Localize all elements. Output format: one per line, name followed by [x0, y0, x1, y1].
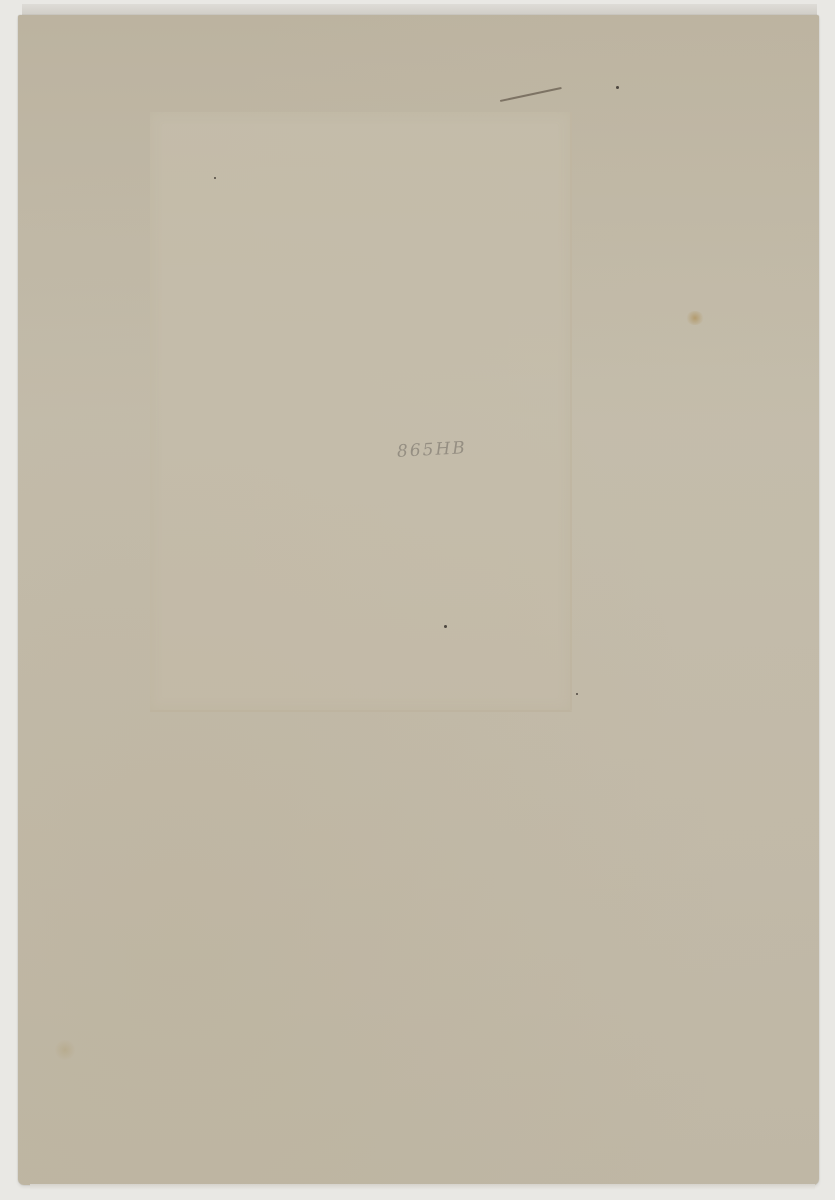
photo-stage: 865HB	[0, 0, 835, 1200]
pencil-inscription: 865HB	[397, 438, 468, 462]
speck	[576, 693, 578, 695]
sheet-bottom-shadow	[30, 1184, 815, 1190]
mount-discoloration	[150, 112, 572, 712]
foxing-stain	[686, 311, 704, 325]
speck	[214, 177, 216, 179]
faint-stain	[55, 1040, 75, 1060]
speck	[616, 86, 619, 89]
speck	[444, 625, 447, 628]
